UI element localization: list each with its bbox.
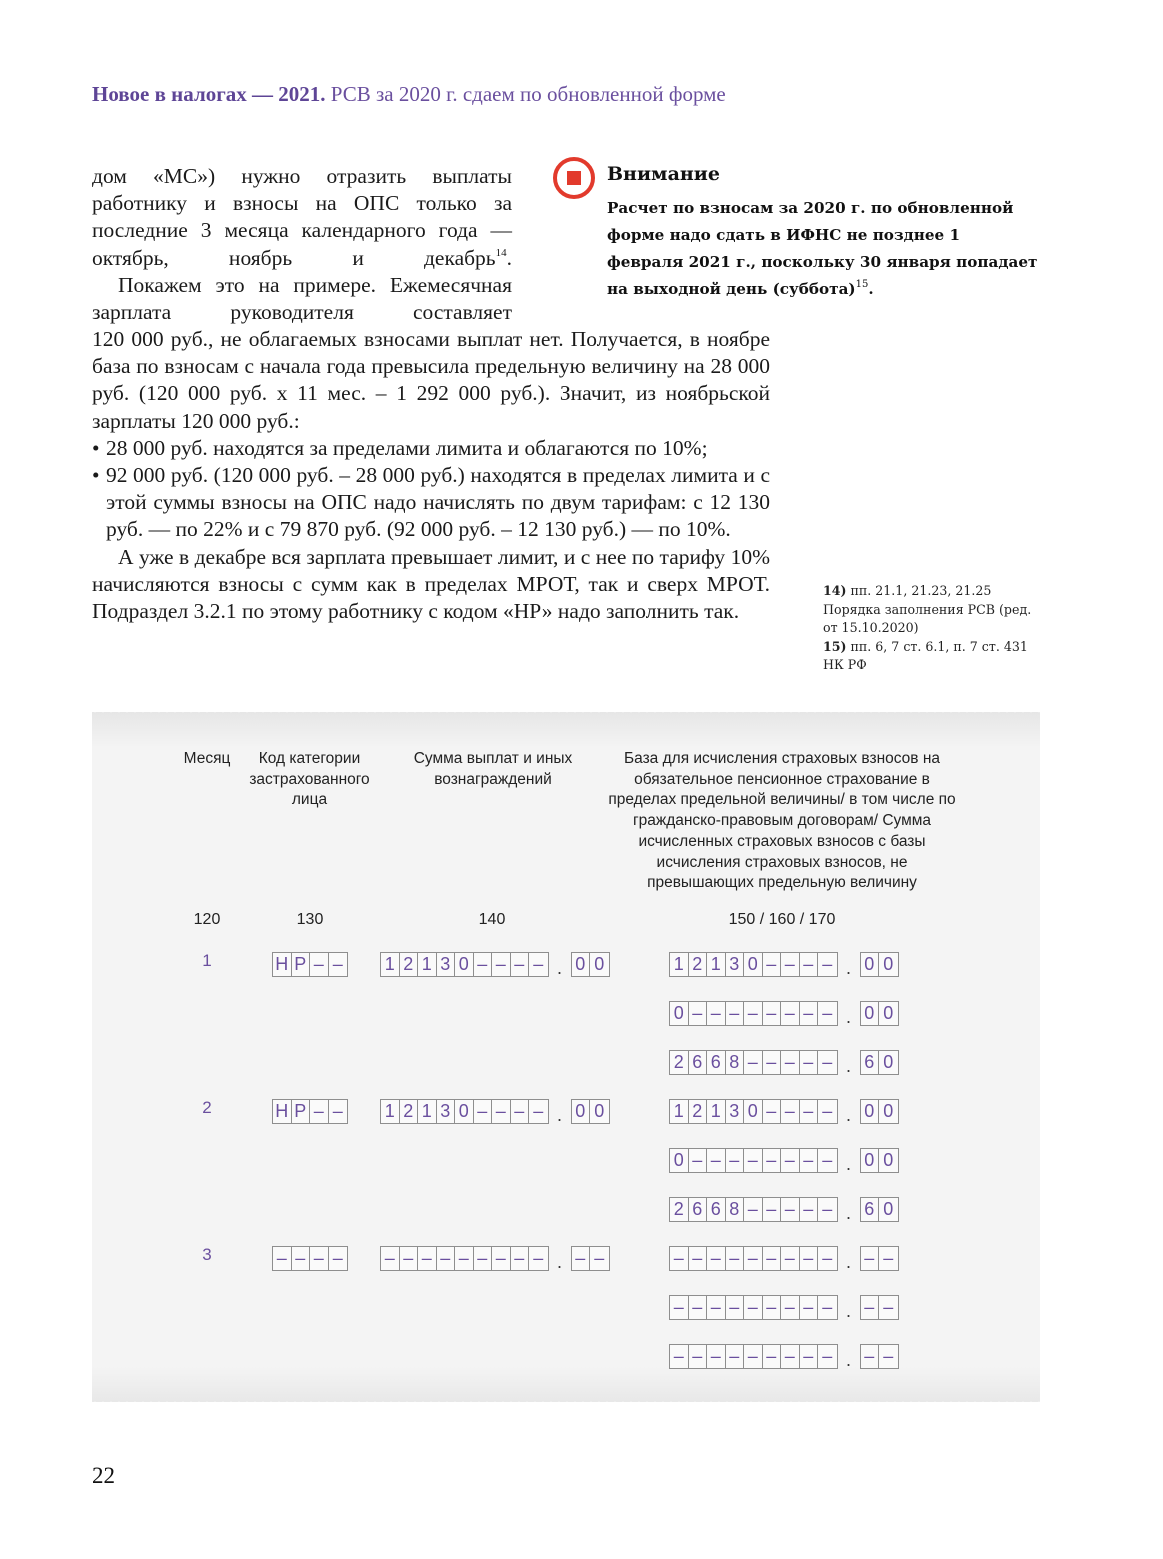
base-field-fraction[interactable]: –– [860, 1246, 899, 1271]
base-field: –––––––––.–– [669, 1344, 899, 1369]
payments-field-integer[interactable]: 12130–––– [380, 952, 549, 977]
code-120: 120 [177, 911, 237, 929]
char-cell: – [781, 1100, 800, 1123]
char-cell: – [329, 953, 348, 976]
char-cell: – [781, 1345, 800, 1368]
char-cell: – [818, 1149, 837, 1172]
char-cell: – [381, 1247, 400, 1270]
decimal-point: . [838, 1057, 860, 1075]
header-base: База для исчисления страховых взносов на… [607, 749, 957, 894]
base-field-integer[interactable]: 2668––––– [669, 1050, 838, 1075]
char-cell: – [818, 1247, 837, 1270]
char-cell: – [529, 953, 548, 976]
char-cell: – [437, 1247, 456, 1270]
char-cell: – [689, 1247, 708, 1270]
char-cell: 0 [744, 1100, 763, 1123]
base-field-integer[interactable]: 0–––––––– [669, 1001, 838, 1026]
char-cell: – [744, 1198, 763, 1221]
category-code-field: НР–– [272, 952, 348, 977]
char-cell: – [818, 1051, 837, 1074]
char-cell: – [818, 953, 837, 976]
char-cell: – [763, 1051, 782, 1074]
torn-edge-top [92, 712, 1040, 748]
base-field: 0––––––––.00 [669, 1148, 899, 1173]
bullet-item: 92 000 руб. (120 000 руб. – 28 000 руб.)… [92, 462, 770, 544]
char-cell: – [763, 1149, 782, 1172]
header-category: Код категории застрахованного лица [242, 749, 377, 811]
base-field: 0––––––––.00 [669, 1001, 899, 1026]
char-cell: 0 [670, 1149, 689, 1172]
char-cell: – [800, 1345, 819, 1368]
char-cell: 0 [879, 1002, 898, 1025]
char-cell: 0 [455, 1100, 474, 1123]
char-cell: – [818, 1296, 837, 1319]
decimal-point: . [838, 959, 860, 977]
callout-title: Внимание [607, 163, 720, 185]
char-cell: 0 [879, 1051, 898, 1074]
char-cell: – [800, 1100, 819, 1123]
char-cell: 6 [689, 1051, 708, 1074]
char-cell: 1 [381, 953, 400, 976]
footnotes: 14) пп. 21.1, 21.23, 21.25 Порядка запол… [823, 582, 1038, 675]
char-cell: – [818, 1345, 837, 1368]
footnote: 14) пп. 21.1, 21.23, 21.25 Порядка запол… [823, 582, 1038, 638]
month-number: 1 [192, 951, 222, 971]
char-cell: – [781, 1247, 800, 1270]
base-field-fraction[interactable]: 00 [860, 1099, 899, 1124]
char-cell: – [492, 1100, 511, 1123]
char-cell: – [511, 953, 530, 976]
base-field-integer[interactable]: 2668––––– [669, 1197, 838, 1222]
torn-edge-bottom [92, 1366, 1040, 1402]
base-field-integer[interactable]: 0–––––––– [669, 1148, 838, 1173]
char-cell: – [707, 1149, 726, 1172]
char-cell: 0 [744, 953, 763, 976]
base-field-fraction[interactable]: –– [860, 1295, 899, 1320]
decimal-point: . [838, 1204, 860, 1222]
char-cell: 8 [726, 1198, 745, 1221]
category-code-cells[interactable]: –––– [272, 1246, 348, 1271]
char-cell: – [744, 1149, 763, 1172]
char-cell: – [800, 1247, 819, 1270]
base-field-integer[interactable]: ––––––––– [669, 1344, 838, 1369]
header-month: Месяц [172, 749, 242, 770]
char-cell: – [474, 953, 493, 976]
month-number: 2 [192, 1098, 222, 1118]
char-cell: – [763, 1002, 782, 1025]
base-field-fraction[interactable]: 00 [860, 952, 899, 977]
char-cell: 3 [437, 953, 456, 976]
decimal-point: . [549, 959, 571, 977]
char-cell: – [763, 1345, 782, 1368]
char-cell: 6 [861, 1198, 880, 1221]
payments-field: –––––––––.–– [380, 1246, 610, 1271]
char-cell: – [511, 1247, 530, 1270]
char-cell: – [726, 1247, 745, 1270]
char-cell: Р [292, 1100, 311, 1123]
char-cell: 0 [879, 953, 898, 976]
char-cell: – [744, 1051, 763, 1074]
base-field-fraction[interactable]: 60 [860, 1197, 899, 1222]
article-column-wide: 120 000 руб., не облагаемых взносами вып… [92, 326, 770, 625]
char-cell: – [474, 1100, 493, 1123]
page-number: 22 [92, 1463, 115, 1489]
payments-field-fraction[interactable]: 00 [571, 1099, 610, 1124]
char-cell: – [529, 1247, 548, 1270]
decimal-point: . [549, 1106, 571, 1124]
char-cell: 0 [590, 953, 609, 976]
char-cell: 2 [400, 953, 419, 976]
paragraph: дом «МС») нужно отразить выплаты работни… [92, 163, 512, 272]
decimal-point: . [549, 1253, 571, 1271]
paragraph: 120 000 руб., не облагаемых взносами вып… [92, 326, 770, 435]
char-cell: – [861, 1247, 880, 1270]
char-cell: – [800, 1149, 819, 1172]
decimal-point: . [838, 1302, 860, 1320]
char-cell: – [800, 1198, 819, 1221]
char-cell: Н [273, 953, 292, 976]
stop-square-in-circle-icon [553, 157, 595, 199]
base-field: 12130––––.00 [669, 952, 899, 977]
char-cell: – [707, 1002, 726, 1025]
char-cell: – [292, 1247, 311, 1270]
char-cell: 0 [861, 1100, 880, 1123]
char-cell: – [781, 1198, 800, 1221]
char-cell: – [572, 1247, 591, 1270]
base-field-fraction[interactable]: –– [860, 1344, 899, 1369]
char-cell: – [818, 1100, 837, 1123]
char-cell: – [492, 953, 511, 976]
payments-field-integer[interactable]: 12130–––– [380, 1099, 549, 1124]
char-cell: – [879, 1296, 898, 1319]
char-cell: – [726, 1296, 745, 1319]
char-cell: 0 [455, 953, 474, 976]
char-cell: 1 [381, 1100, 400, 1123]
category-code-cells[interactable]: НР–– [272, 952, 348, 977]
char-cell: – [474, 1247, 493, 1270]
code-130: 130 [280, 911, 340, 929]
char-cell: – [763, 1100, 782, 1123]
char-cell: – [670, 1345, 689, 1368]
base-field: 12130––––.00 [669, 1099, 899, 1124]
char-cell: – [689, 1296, 708, 1319]
char-cell: – [670, 1247, 689, 1270]
char-cell: 0 [879, 1100, 898, 1123]
char-cell: – [744, 1002, 763, 1025]
char-cell: – [707, 1345, 726, 1368]
char-cell: – [329, 1247, 348, 1270]
char-cell: 1 [670, 953, 689, 976]
char-cell: 2 [689, 1100, 708, 1123]
char-cell: 0 [670, 1002, 689, 1025]
decimal-point: . [838, 1351, 860, 1369]
char-cell: 0 [572, 1100, 591, 1123]
char-cell: – [707, 1296, 726, 1319]
char-cell: – [861, 1345, 880, 1368]
base-field-fraction[interactable]: 00 [860, 1148, 899, 1173]
char-cell: 3 [437, 1100, 456, 1123]
char-cell: – [800, 1051, 819, 1074]
char-cell: 1 [418, 953, 437, 976]
char-cell: 2 [670, 1051, 689, 1074]
article-column-narrow: дом «МС») нужно отразить выплаты работни… [92, 163, 512, 326]
char-cell: – [861, 1296, 880, 1319]
header-payments: Сумма выплат и иных вознаграждений [402, 749, 584, 790]
char-cell: 3 [726, 953, 745, 976]
running-head-section: Новое в налогах — 2021. [92, 82, 326, 106]
payments-field: 12130––––.00 [380, 952, 610, 977]
char-cell: – [455, 1247, 474, 1270]
decimal-point: . [838, 1253, 860, 1271]
base-field: 2668–––––.60 [669, 1050, 899, 1075]
char-cell: 0 [861, 953, 880, 976]
category-code-field: НР–– [272, 1099, 348, 1124]
char-cell: – [781, 1002, 800, 1025]
base-field: 2668–––––.60 [669, 1197, 899, 1222]
char-cell: – [492, 1247, 511, 1270]
char-cell: Р [292, 953, 311, 976]
char-cell: 0 [572, 953, 591, 976]
char-cell: – [800, 1002, 819, 1025]
char-cell: – [763, 1198, 782, 1221]
code-150-160-170: 150 / 160 / 170 [692, 911, 872, 929]
char-cell: – [689, 1149, 708, 1172]
base-field-integer[interactable]: 12130–––– [669, 952, 838, 977]
char-cell: – [781, 1051, 800, 1074]
footnote-ref[interactable]: 14 [496, 247, 507, 259]
char-cell: 1 [670, 1100, 689, 1123]
char-cell: Н [273, 1100, 292, 1123]
char-cell: 0 [590, 1100, 609, 1123]
char-cell: – [400, 1247, 419, 1270]
char-cell: – [879, 1247, 898, 1270]
paragraph: А уже в декабре вся зарплата превышает л… [92, 544, 770, 626]
payments-field: 12130––––.00 [380, 1099, 610, 1124]
char-cell: 3 [726, 1100, 745, 1123]
category-code-cells[interactable]: НР–– [272, 1099, 348, 1124]
char-cell: 1 [707, 1100, 726, 1123]
running-head: Новое в налогах — 2021. РСВ за 2020 г. с… [92, 82, 726, 107]
char-cell: – [329, 1100, 348, 1123]
code-140: 140 [462, 911, 522, 929]
char-cell: – [781, 953, 800, 976]
char-cell: – [744, 1247, 763, 1270]
payments-field-fraction[interactable]: –– [571, 1246, 610, 1271]
char-cell: 0 [879, 1149, 898, 1172]
char-cell: – [879, 1345, 898, 1368]
char-cell: – [818, 1198, 837, 1221]
char-cell: 0 [861, 1149, 880, 1172]
char-cell: – [763, 1247, 782, 1270]
paragraph: Покажем это на примере. Ежемесячная зарп… [92, 272, 512, 326]
footnote: 15) пп. 6, 7 ст. 6.1, п. 7 ст. 431 НК РФ [823, 638, 1038, 675]
base-field-integer[interactable]: ––––––––– [669, 1246, 838, 1271]
char-cell: 6 [689, 1198, 708, 1221]
char-cell: – [781, 1296, 800, 1319]
payments-field-fraction[interactable]: 00 [571, 952, 610, 977]
base-field: –––––––––.–– [669, 1295, 899, 1320]
char-cell: 0 [879, 1198, 898, 1221]
bullet-item: 28 000 руб. находятся за пределами лимит… [92, 435, 770, 462]
payments-field-integer[interactable]: ––––––––– [380, 1246, 549, 1271]
char-cell: 6 [707, 1198, 726, 1221]
char-cell: – [818, 1002, 837, 1025]
char-cell: 2 [400, 1100, 419, 1123]
char-cell: 6 [861, 1051, 880, 1074]
char-cell: – [726, 1345, 745, 1368]
char-cell: 1 [418, 1100, 437, 1123]
footnote-ref[interactable]: 15 [856, 279, 869, 290]
char-cell: – [744, 1345, 763, 1368]
char-cell: – [511, 1100, 530, 1123]
callout-text: Расчет по взносам за 2020 г. по обновлен… [607, 195, 1039, 303]
char-cell: – [273, 1247, 292, 1270]
char-cell: – [310, 1100, 329, 1123]
month-number: 3 [192, 1245, 222, 1265]
char-cell: – [744, 1296, 763, 1319]
decimal-point: . [838, 1155, 860, 1173]
base-field: –––––––––.–– [669, 1246, 899, 1271]
char-cell: – [763, 1296, 782, 1319]
char-cell: – [689, 1002, 708, 1025]
char-cell: – [310, 1247, 329, 1270]
decimal-point: . [838, 1008, 860, 1026]
char-cell: – [310, 953, 329, 976]
char-cell: 0 [861, 1002, 880, 1025]
char-cell: 2 [670, 1198, 689, 1221]
category-code-field: –––– [272, 1246, 348, 1271]
char-cell: – [670, 1296, 689, 1319]
char-cell: 1 [707, 953, 726, 976]
base-field-integer[interactable]: ––––––––– [669, 1295, 838, 1320]
char-cell: – [529, 1100, 548, 1123]
char-cell: – [689, 1345, 708, 1368]
char-cell: – [590, 1247, 609, 1270]
char-cell: 8 [726, 1051, 745, 1074]
char-cell: – [418, 1247, 437, 1270]
char-cell: – [763, 953, 782, 976]
char-cell: – [726, 1002, 745, 1025]
base-field-integer[interactable]: 12130–––– [669, 1099, 838, 1124]
char-cell: – [726, 1149, 745, 1172]
running-head-title: РСВ за 2020 г. сдаем по обновленной форм… [326, 82, 726, 106]
base-field-fraction[interactable]: 00 [860, 1001, 899, 1026]
char-cell: – [781, 1149, 800, 1172]
char-cell: – [800, 1296, 819, 1319]
char-cell: 2 [689, 953, 708, 976]
decimal-point: . [838, 1106, 860, 1124]
base-field-fraction[interactable]: 60 [860, 1050, 899, 1075]
char-cell: 6 [707, 1051, 726, 1074]
char-cell: – [800, 953, 819, 976]
form-section-3-2-1: Месяц Код категории застрахованного лица… [92, 712, 1040, 1402]
char-cell: – [707, 1247, 726, 1270]
